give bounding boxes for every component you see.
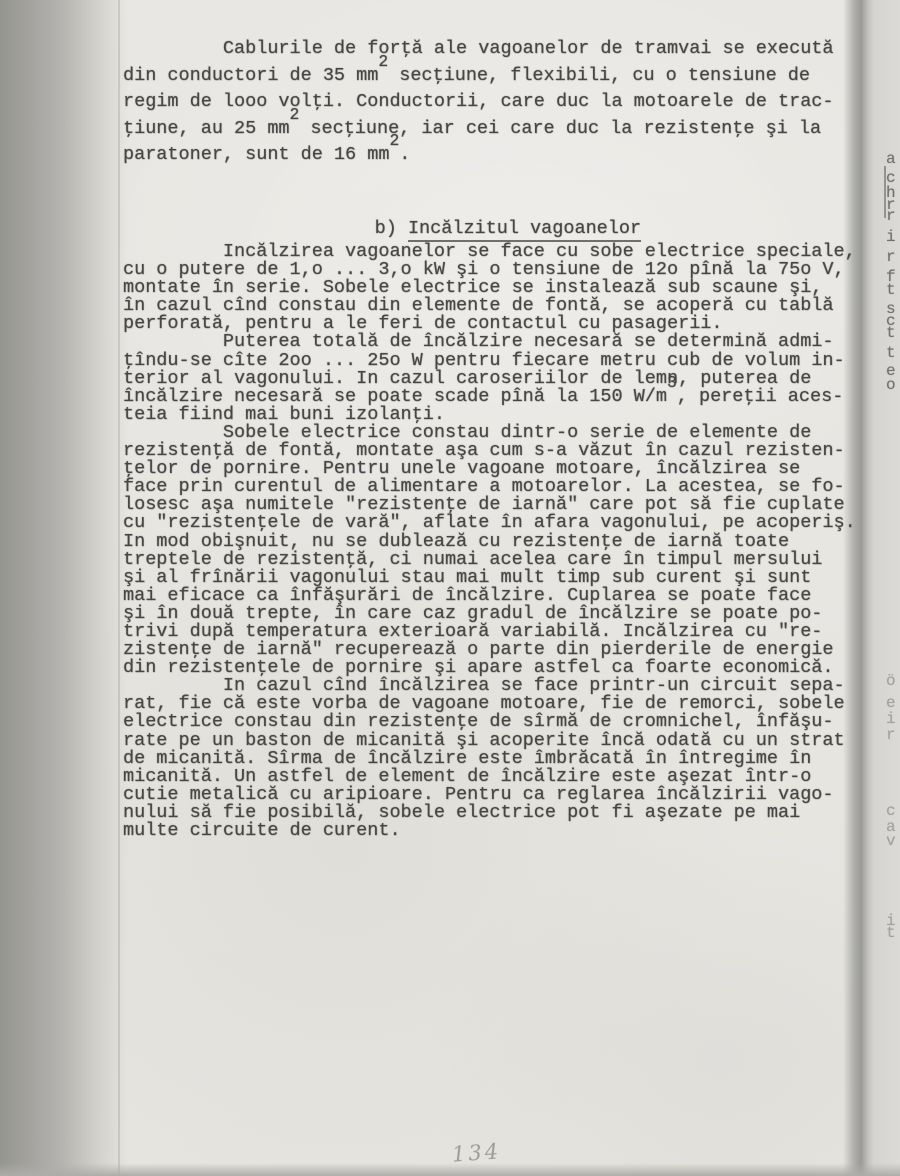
text-line: regim de looo volţi. Conductorii, care d… (123, 89, 834, 116)
text-line: din conductori de 35 mm2 secţiune, flexi… (123, 63, 834, 90)
text-line: treptele de rezistenţă, ci numai acelea … (123, 551, 856, 569)
text-line: ţîndu-se cîte 2oo ... 25o W pentru fieca… (123, 352, 856, 370)
section-heading-title: Incălzitul vagoanelor (408, 218, 641, 242)
text-line: de micanită. Sîrma de încălzire este îmb… (123, 750, 856, 768)
page-number: 134 (451, 1139, 502, 1166)
text-line: cu "rezistenţele de vară", aflate în afa… (123, 514, 856, 532)
body-paragraphs: Incălzirea vagoanelor se face cu sobe el… (123, 243, 856, 840)
text-line: paratoner, sunt de 16 mm2. (123, 142, 834, 169)
scanned-document-page: achrrirftsctteoöeircavit Cablurile de fo… (0, 0, 900, 1176)
text-line: In mod obişnuit, nu se dublează cu rezis… (123, 533, 856, 551)
section-heading-prefix: b) (375, 218, 408, 239)
text-line: Cablurile de forţă ale vagoanelor de tra… (123, 36, 834, 63)
typewritten-text-layer: Cablurile de forţă ale vagoanelor de tra… (0, 0, 900, 1176)
paragraph-cables: Cablurile de forţă ale vagoanelor de tra… (123, 36, 834, 169)
text-line: ţiune, au 25 mm2 secţiune, iar cei care … (123, 116, 834, 143)
text-line: Puterea totală de încălzire necesară se … (123, 333, 856, 351)
text-line: rate pe un baston de micanită şi acoperi… (123, 732, 856, 750)
text-line: multe circuite de curent. (123, 822, 856, 840)
text-line: electrice constau din rezistenţe de sîrm… (123, 713, 856, 731)
